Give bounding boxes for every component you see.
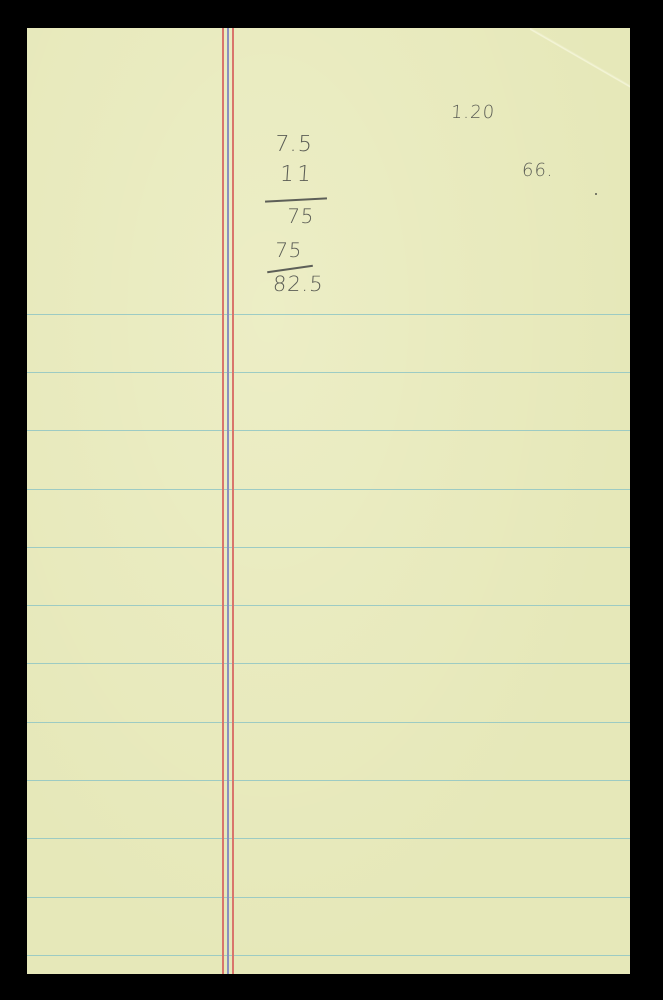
- ruled-line: [27, 547, 630, 548]
- pencil-dot: [595, 193, 597, 195]
- partial-product-1: 75: [286, 204, 315, 228]
- ruled-line: [27, 838, 630, 839]
- ruled-line: [27, 780, 630, 781]
- ruled-line: [27, 430, 630, 431]
- operand-1: 7.5: [274, 132, 314, 157]
- margin-line-red-right: [232, 28, 234, 974]
- margin-line-blue: [227, 28, 229, 974]
- ruled-line: [27, 605, 630, 606]
- corner-crease: [530, 28, 630, 88]
- operand-2: 11: [279, 162, 315, 187]
- ruled-line: [27, 372, 630, 373]
- ruled-line: [27, 489, 630, 490]
- note-top-right: 1.20: [450, 102, 496, 123]
- result: 82.5: [272, 272, 324, 296]
- ruled-line: [27, 897, 630, 898]
- ruled-line: [27, 663, 630, 664]
- margin-line-red-left: [222, 28, 224, 974]
- ruled-line: [27, 955, 630, 956]
- ruled-line: [27, 722, 630, 723]
- partial-product-2: 75: [274, 238, 303, 262]
- note-right: 66.: [521, 160, 554, 181]
- ruled-line: [27, 314, 630, 315]
